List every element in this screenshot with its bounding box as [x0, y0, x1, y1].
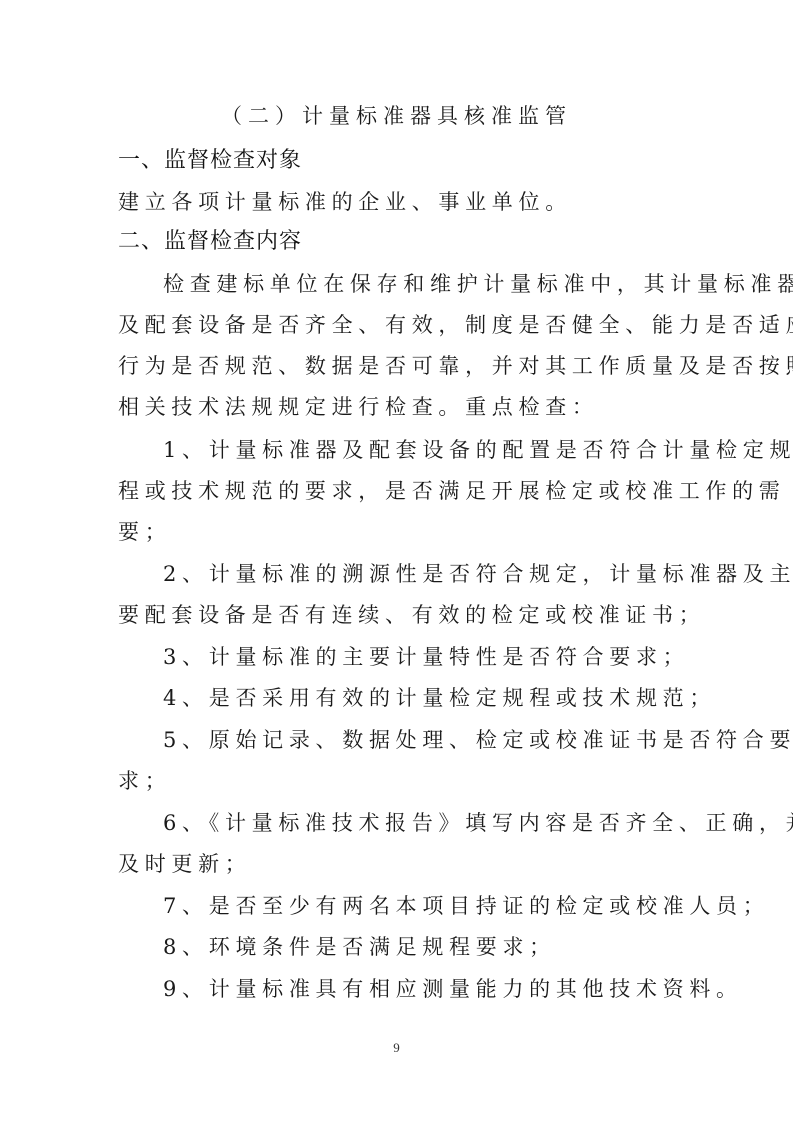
list-item-5-cont: 求；	[118, 767, 678, 795]
intro-paragraph-line: 相关技术法规规定进行检查。重点检查：	[118, 393, 678, 421]
section-body-objects: 建立各项计量标准的企业、事业单位。	[118, 188, 678, 216]
section-heading-objects: 一、监督检查对象	[118, 147, 678, 175]
document-title: （二）计量标准器具核准监管	[0, 102, 793, 130]
list-item-1: 1、计量标准器及配套设备的配置是否符合计量检定规	[163, 436, 678, 464]
list-item-1-cont: 要；	[118, 518, 678, 546]
list-item-2-cont: 要配套设备是否有连续、有效的检定或校准证书；	[118, 601, 678, 629]
list-item-1-cont: 程或技术规范的要求，是否满足开展检定或校准工作的需	[118, 477, 678, 505]
list-item-9: 9、计量标准具有相应测量能力的其他技术资料。	[163, 975, 678, 1003]
list-item-8: 8、环境条件是否满足规程要求；	[163, 933, 678, 961]
intro-paragraph-line: 及配套设备是否齐全、有效，制度是否健全、能力是否适应、	[118, 311, 678, 339]
document-page: （二）计量标准器具核准监管 一、监督检查对象 建立各项计量标准的企业、事业单位。…	[0, 0, 793, 1122]
list-item-3: 3、计量标准的主要计量特性是否符合要求；	[163, 643, 678, 671]
intro-paragraph-line: 行为是否规范、数据是否可靠，并对其工作质量及是否按照	[118, 352, 678, 380]
section-heading-contents: 二、监督检查内容	[118, 228, 678, 256]
intro-paragraph-line: 检查建标单位在保存和维护计量标准中，其计量标准器	[163, 270, 678, 298]
list-item-6-cont: 及时更新；	[118, 850, 678, 878]
page-number: 9	[0, 1040, 793, 1056]
list-item-2: 2、计量标准的溯源性是否符合规定，计量标准器及主	[163, 560, 678, 588]
list-item-5: 5、原始记录、数据处理、检定或校准证书是否符合要	[163, 726, 678, 754]
list-item-7: 7、是否至少有两名本项目持证的检定或校准人员；	[163, 892, 678, 920]
list-item-4: 4、是否采用有效的计量检定规程或技术规范；	[163, 684, 678, 712]
list-item-6: 6、《计量标准技术报告》填写内容是否齐全、正确，并	[163, 809, 678, 837]
